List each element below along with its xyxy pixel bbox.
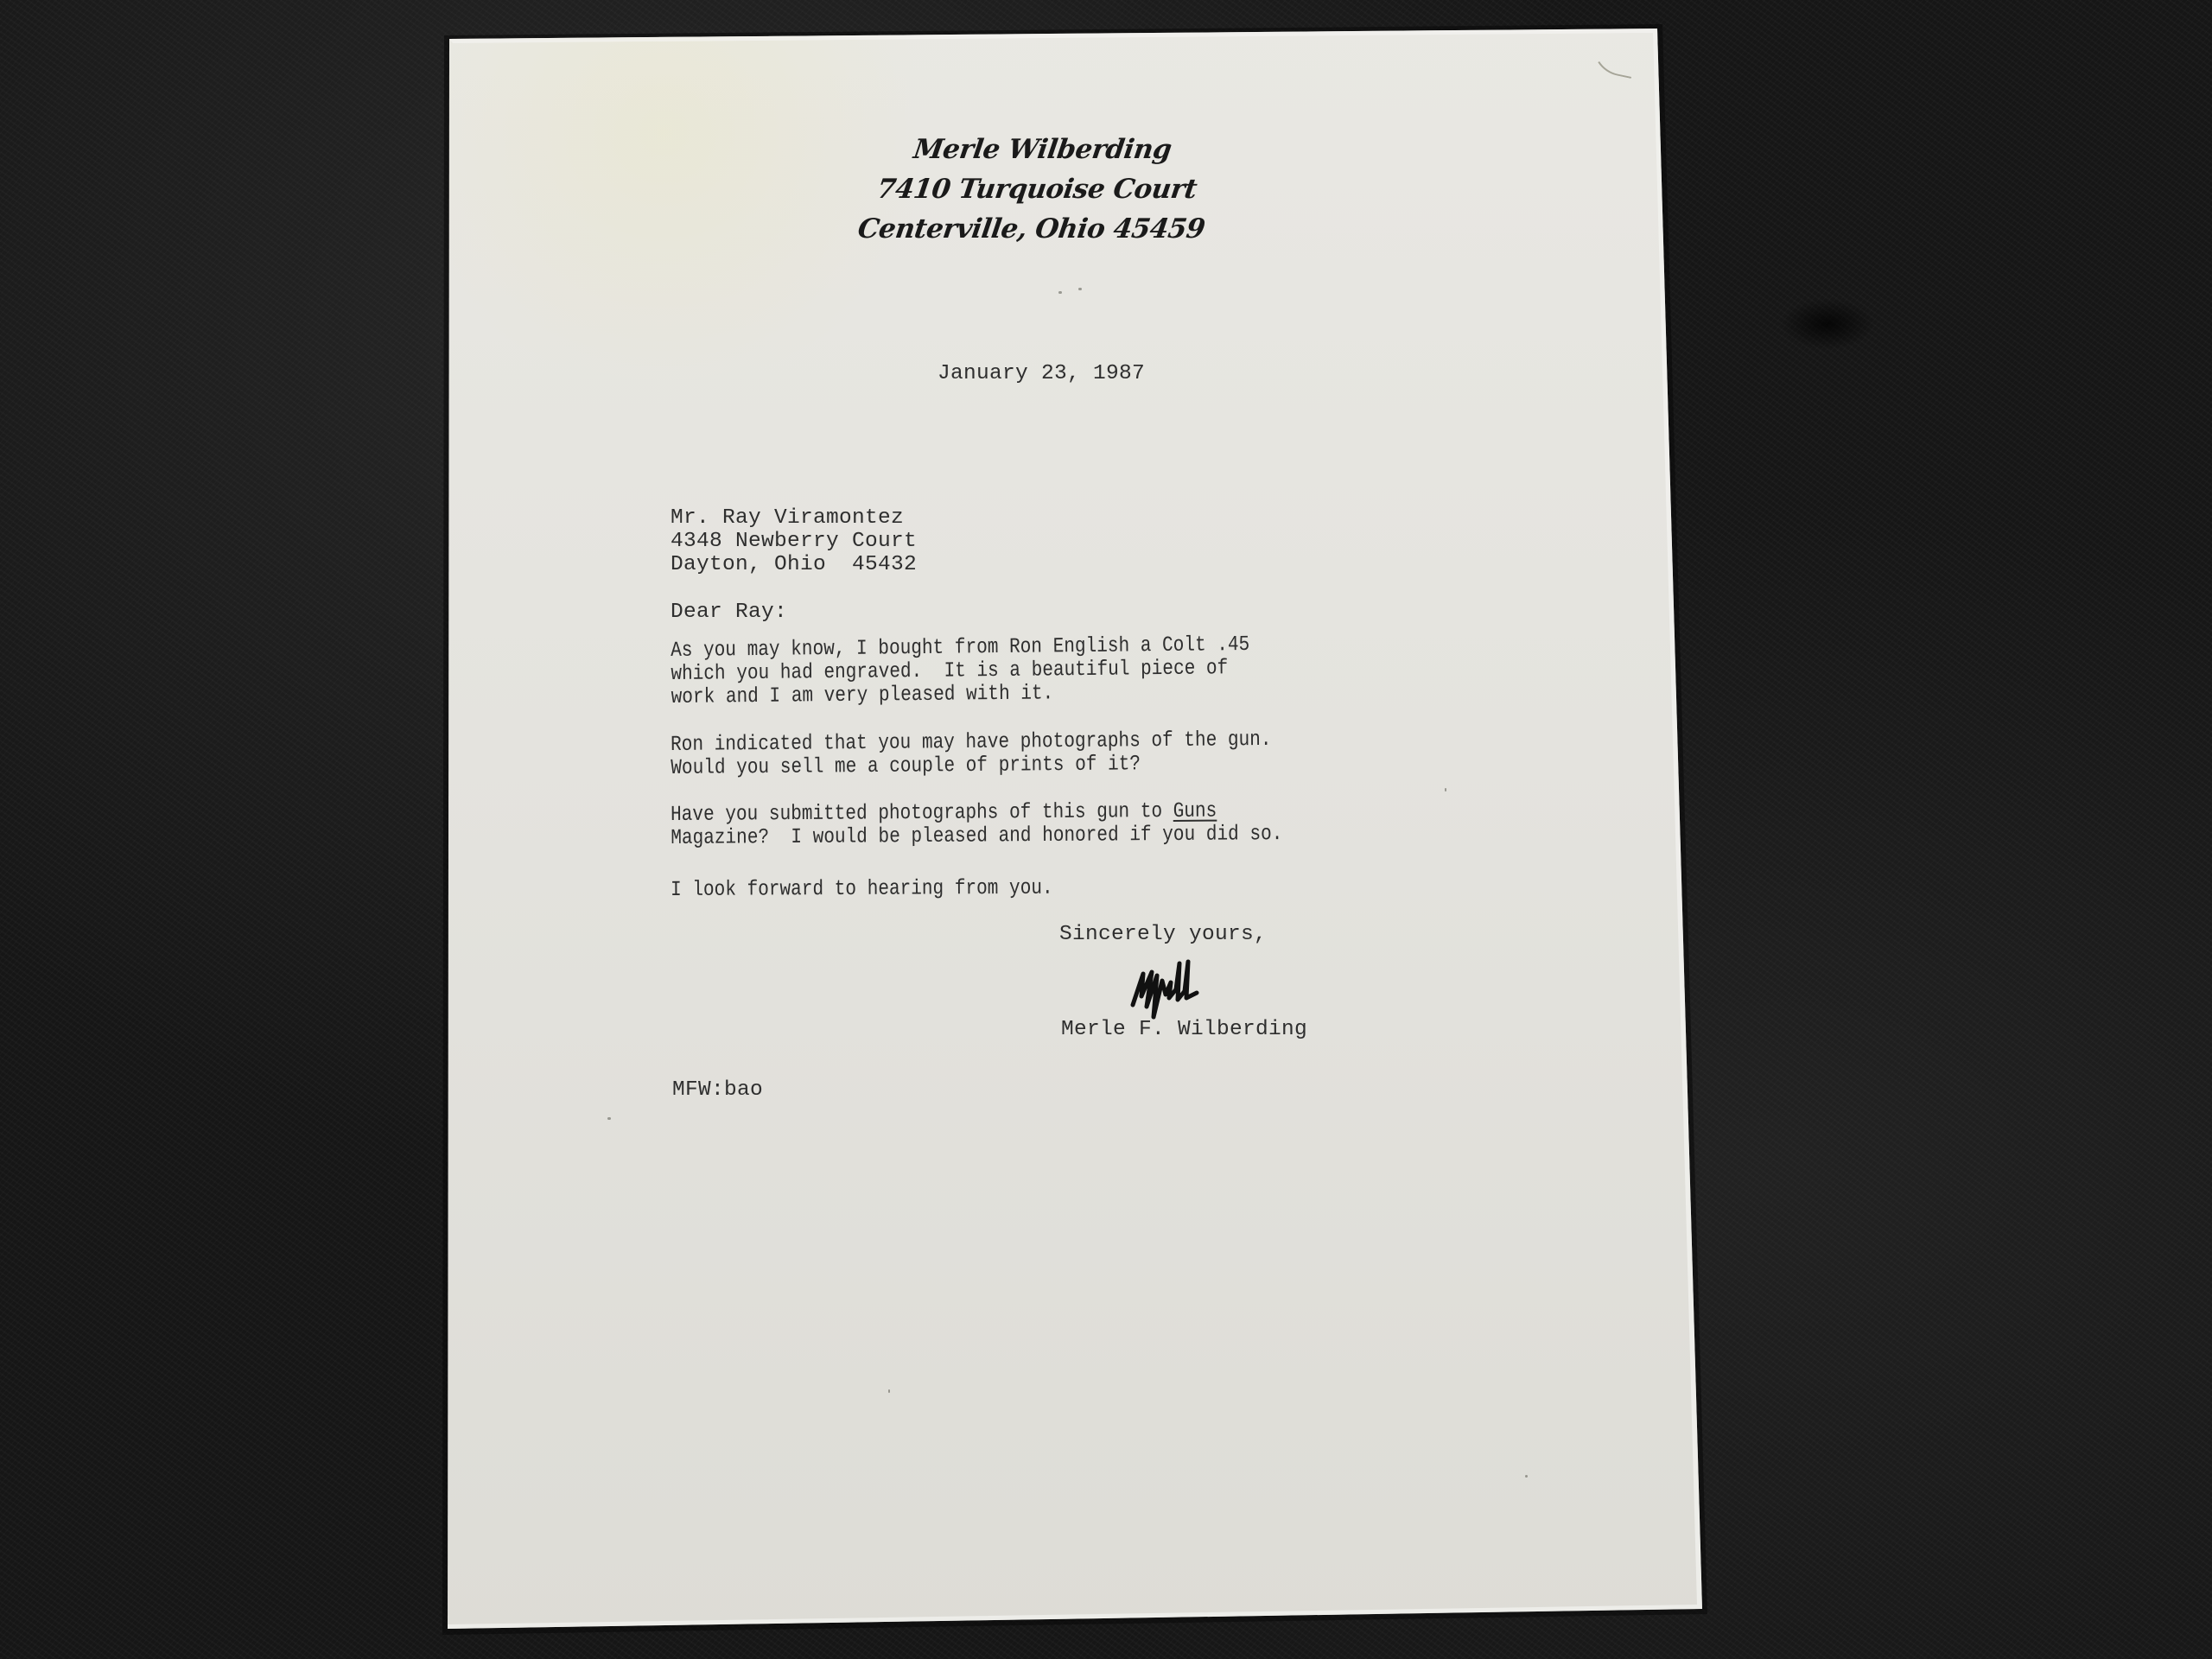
paragraph-line: I look forward to hearing from you. (671, 877, 1053, 902)
typed-signature-name: Merle F. Wilberding (1061, 1018, 1307, 1041)
paragraph-text: Have you submitted photographs of this g… (671, 800, 1173, 827)
body-paragraph-4: I look forward to hearing from you. (671, 876, 1116, 902)
paragraph-line: Magazine? I would be pleased and honored… (671, 823, 1282, 850)
letter-date: January 23, 1987 (938, 362, 1145, 385)
letterhead-name: Merle Wilberding (849, 130, 1235, 169)
publication-title: Guns (1173, 800, 1217, 823)
letterhead-street: 7410 Turquoise Court (844, 169, 1230, 209)
paragraph-line: Would you sell me a couple of prints of … (671, 753, 1141, 780)
body-paragraph-3: Have you submitted photographs of this g… (671, 798, 1382, 850)
reference-initials: MFW:bao (672, 1078, 763, 1102)
closing: Sincerely yours, (1059, 923, 1267, 946)
recipient-street: 4348 Newberry Court (671, 530, 917, 553)
recipient-address: Mr. Ray Viramontez4348 Newberry CourtDay… (671, 506, 917, 576)
letterhead-city: Centerville, Ohio 45459 (838, 209, 1224, 249)
body-paragraph-2: Ron indicated that you may have photogra… (671, 728, 1370, 780)
recipient-city: Dayton, Ohio 45432 (671, 553, 917, 576)
paper-speck (1058, 291, 1062, 294)
paper-speck (1525, 1475, 1528, 1478)
recipient-name: Mr. Ray Viramontez (671, 506, 917, 530)
letterhead: Merle Wilberding 7410 Turquoise Court Ce… (838, 130, 1235, 249)
paper-speck (888, 1389, 890, 1393)
paper-speck (607, 1117, 611, 1120)
paragraph-line: Ron indicated that you may have photogra… (671, 728, 1272, 757)
paragraph-line: work and I am very pleased with it. (671, 682, 1054, 709)
paper-speck (1078, 288, 1082, 290)
handwritten-signature: Merle (1128, 955, 1214, 1024)
salutation: Dear Ray: (671, 601, 787, 624)
body-paragraph-1: As you may know, I bought from Ron Engli… (671, 632, 1344, 709)
paragraph-line: which you had engraved. It is a beautifu… (671, 657, 1228, 686)
letter: Merle Wilberding 7410 Turquoise Court Ce… (0, 0, 2212, 1659)
paper-speck (1445, 788, 1446, 791)
